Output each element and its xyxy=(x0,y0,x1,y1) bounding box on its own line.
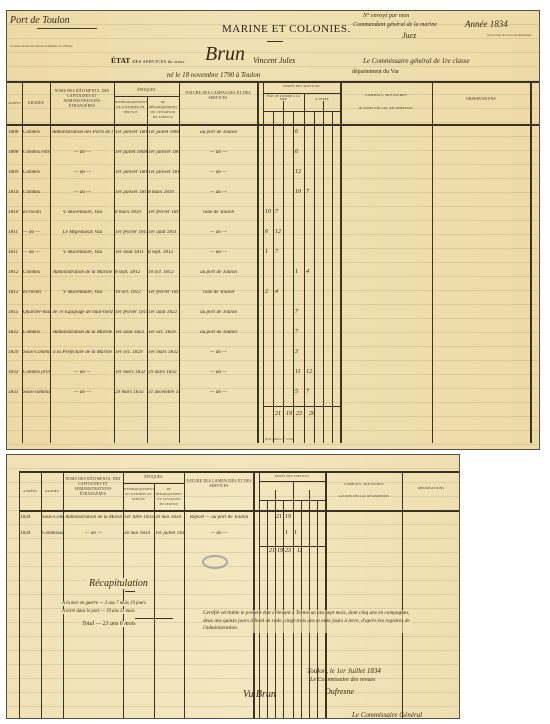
row-disembarkation-date: 1er juillet 1808 xyxy=(148,130,179,136)
header-noms-batiments: NOMS DES BÂTIMENTS, DES CAPITAINES ET AD… xyxy=(52,89,112,109)
row-disembarkation-date: 8 sept. 1812 xyxy=(148,250,179,256)
row-duration-value: 19 xyxy=(285,514,291,520)
col-line xyxy=(293,111,294,443)
right-note-1: N° envoyé par mon xyxy=(363,13,409,19)
table-top-border xyxy=(7,81,540,83)
row-year: 1810 xyxy=(8,210,22,216)
row-year: 1829 xyxy=(8,350,22,356)
title-underline xyxy=(267,41,283,42)
row-service: V. Bucentaure, Vau xyxy=(52,210,113,216)
row-embarkation-date: 1er janvier 1808 xyxy=(115,130,147,136)
row-duration-value: 2 xyxy=(265,289,268,295)
row-duration-value: 12 xyxy=(275,229,281,235)
row-disembarkation-date: 1er août 1822 xyxy=(148,310,179,316)
row-nature: rade de Toulon xyxy=(181,210,256,216)
header-nature: NATURE DES CAMPAGNES ET DES SERVICES xyxy=(186,479,252,489)
row-nature: au port de Toulon xyxy=(181,330,256,336)
row-nature: — do — xyxy=(181,370,256,376)
col-line xyxy=(275,490,276,719)
year-label: Année 1834 xyxy=(465,19,508,29)
row-embarkation-date: 8 mars 1810 xyxy=(115,210,147,216)
row-grade: Écrivain xyxy=(23,290,50,296)
right-small-note: Voir les états de service du département xyxy=(487,34,537,37)
certification-text: Certifié véritable le présent état s'éle… xyxy=(203,610,413,633)
col-line xyxy=(257,81,259,443)
row-year: 1811 xyxy=(8,230,22,236)
header-grades: GRADES xyxy=(22,101,50,106)
row-duration-value: 4 xyxy=(275,289,278,295)
row-year: 1822 xyxy=(8,330,22,336)
col-line xyxy=(63,471,64,719)
row-grade: Sous-commissaire xyxy=(23,390,50,396)
signatory-title: Le Commissaire des revues xyxy=(310,677,375,683)
row-duration-value: 5 xyxy=(295,389,298,395)
row-grade: Commis xyxy=(23,330,50,336)
epoques-rule xyxy=(123,483,184,484)
row-embarkation-date: 1er août 1822 xyxy=(115,330,147,336)
header-debarquement: DE DÉBARQUEMENT OU CESSATION DE SERVICE xyxy=(155,487,183,507)
left-small-note: Ces états doivent être adressés au Minis… xyxy=(10,45,78,48)
row-service: — do — xyxy=(52,150,113,156)
row-embarkation-date: 1er janvier 1809 xyxy=(115,170,147,176)
recap-underline xyxy=(125,591,135,592)
row-duration-value: 7 xyxy=(295,329,298,335)
etat-word: ÉTAT xyxy=(111,56,130,65)
col-line xyxy=(184,471,185,719)
row-duration-value: 10 xyxy=(265,209,271,215)
col-line xyxy=(259,471,260,719)
row-duration-value: 3 xyxy=(295,349,298,355)
total-value: 23 xyxy=(285,548,291,554)
row-nature: au port de Toulon xyxy=(181,310,256,316)
page-footer-note: (N.B.) Mettre N° à l'état xyxy=(265,437,294,441)
col-line xyxy=(459,471,460,719)
row-year: 1834 xyxy=(20,531,41,537)
row-duration-value: 7 xyxy=(295,309,298,315)
col-line xyxy=(293,481,294,719)
row-year: 1811 xyxy=(8,250,22,256)
row-disembarkation-date: 8 mars 1810 xyxy=(148,190,179,196)
col-line xyxy=(402,471,403,719)
row-grade: Commis xyxy=(23,270,50,276)
total-value: 21 xyxy=(269,548,275,554)
commissaire-line: Le Commissaire général de 1re classe xyxy=(363,57,470,65)
row-grade: Commis xyxy=(23,130,50,136)
row-service: — do — xyxy=(52,390,113,396)
row-nature: — do — xyxy=(185,531,253,537)
row-duration-value: 7 xyxy=(275,249,278,255)
row-disembarkation-date: 1er oct. 1829 xyxy=(148,330,179,336)
row-embarkation-date: 1er janvier 1810 xyxy=(115,190,147,196)
header-observations: OBSERVATIONS xyxy=(404,486,458,491)
row-service: — do — xyxy=(52,170,113,176)
document-title: MARINE ET COLONIES. xyxy=(222,23,351,35)
duree-rule xyxy=(263,93,340,94)
col-line xyxy=(304,93,305,443)
row-grade: Commis principal xyxy=(23,370,50,376)
row-disembarkation-date: 1er février 1811 xyxy=(148,210,179,216)
col-line xyxy=(323,101,324,443)
row-grade: Sous-Commissaire 2e Classe xyxy=(42,515,63,521)
total-value: 19 xyxy=(277,548,283,554)
signature: Dufresne xyxy=(325,687,354,696)
row-disembarkation-date: 31 décembre 1833 xyxy=(148,390,179,396)
recap-sum-rule xyxy=(135,618,173,619)
header-embarquement: D'EMBARQUEMENT OU D'ENTRÉE EN SERVICE xyxy=(115,100,146,115)
header-nature: NATURE DES CAMPAGNES ET DES SERVICES xyxy=(181,91,255,101)
port-underline xyxy=(37,28,97,29)
row-duration-value: 7 xyxy=(275,209,278,215)
row-nature: — do — xyxy=(181,230,256,236)
row-year: 1832 xyxy=(8,370,22,376)
row-duration-value: 12 xyxy=(306,369,312,375)
row-year: 1834 xyxy=(20,515,41,521)
col-line xyxy=(41,471,42,719)
row-embarkation-date: 1er février 1811 xyxy=(115,230,147,236)
row-embarkation-date: 1er février 1815 xyxy=(115,310,147,316)
row-disembarkation-date: 1er février 1815 xyxy=(148,290,179,296)
header-observations: OBSERVATIONS xyxy=(434,97,528,102)
row-disembarkation-date: 1er janvier 1810 xyxy=(148,170,179,176)
row-year: 1812 xyxy=(8,270,22,276)
right-note-signature: Juez xyxy=(402,31,416,40)
row-grade: Commis entretenu xyxy=(23,150,50,156)
table-top-border xyxy=(19,471,459,473)
row-year: 1809 xyxy=(8,170,22,176)
header-debarquement: DE DÉBARQUEMENT OU CESSATION DE SERVICE xyxy=(148,100,178,120)
row-duration-value: 1 xyxy=(295,269,298,275)
row-service: Administration de la Marine xyxy=(65,515,122,521)
header-epoques: ÉPOQUES xyxy=(123,475,184,480)
row-duration-value: 6 xyxy=(265,229,268,235)
header-etat-guerre: ÉTAT DE GUERRE À LA MER xyxy=(264,95,303,101)
duree-rule-2 xyxy=(259,500,325,501)
row-year: 1808 xyxy=(8,150,22,156)
etat-label: ÉTAT DES SERVICES du sieur xyxy=(111,56,185,65)
row-service: — do — xyxy=(52,190,113,196)
row-embarkation-date: 1er août 1811 xyxy=(115,250,147,256)
person-given-names: Vincent Jules xyxy=(253,56,295,65)
row-nature: — do — xyxy=(181,190,256,196)
row-service: V. Bucentaure, Vau xyxy=(52,250,113,256)
row-embarkation-date: 10 oct. 1812 xyxy=(115,290,147,296)
epoques-rule xyxy=(114,96,179,97)
row-nature: — do — xyxy=(181,390,256,396)
header-combats: COMBATS, BLESSURES xyxy=(327,482,401,487)
header-duree: DURÉE DES SERVICES xyxy=(259,474,325,479)
row-nature: rade de Toulon xyxy=(181,290,256,296)
person-name: Brun xyxy=(205,43,245,66)
row-grade: Commis xyxy=(23,190,50,196)
header-combats-sub: ACTIONS D'ÉCLAT, RÉCOMPENSES xyxy=(342,106,430,111)
row-service: Administration de la Marine xyxy=(52,270,113,276)
row-nature: — do — xyxy=(181,170,256,176)
row-service: V. Bucentaure, Vau xyxy=(52,290,113,296)
row-service: Administration des Ports de la Marine xyxy=(52,130,113,136)
row-nature: — do — xyxy=(181,250,256,256)
row-duration-value: 10 xyxy=(295,189,301,195)
row-duration-value: 11 xyxy=(295,369,301,375)
col-line xyxy=(332,111,333,443)
birth-line: né le 18 novembre 1790 à Toulon xyxy=(167,71,260,79)
row-nature: — do — xyxy=(181,350,256,356)
header-combats: COMBATS, BLESSURES xyxy=(342,93,430,98)
recap-title: Récapitulation xyxy=(87,578,150,589)
col-line xyxy=(253,471,255,719)
row-nature: Report — au port de Toulon xyxy=(185,515,253,521)
recap-total: Total — 23 ans 6 mois xyxy=(82,621,136,627)
row-duration-value: 6 xyxy=(295,149,298,155)
col-line xyxy=(273,111,274,443)
col-line xyxy=(340,81,342,443)
header-duree: DURÉE DES SERVICES xyxy=(263,84,340,89)
row-service: — do — xyxy=(65,531,122,537)
row-year: 1815 xyxy=(8,310,22,316)
col-line xyxy=(179,81,180,443)
col-line xyxy=(50,81,51,443)
row-year: 1833 xyxy=(8,390,22,396)
row-duration-value: 1 xyxy=(294,530,297,536)
row-year: 1810 xyxy=(8,190,22,196)
row-disembarkation-date: 10 oct. 1812 xyxy=(148,270,179,276)
row-disembarkation-date: 1er mars 1832 xyxy=(148,350,179,356)
duree-rule-2 xyxy=(263,111,340,112)
row-nature: — do — xyxy=(181,150,256,156)
duree-rule xyxy=(259,481,325,482)
document-page-1: Port de Toulon Ces états doivent être ad… xyxy=(6,10,540,450)
right-note-2: Commandant général de la marine xyxy=(353,22,437,28)
row-embarkation-date: 1er Xbre 1833 xyxy=(124,515,154,521)
etat-text: DES SERVICES du sieur xyxy=(132,59,184,64)
row-year: 1812 xyxy=(8,290,22,296)
ink-stamp xyxy=(202,555,228,569)
header-combats-sub: ACTIONS D'ÉCLAT, RÉCOMPENSES xyxy=(327,494,401,499)
row-disembarkation-date: 1er juillet 1834 xyxy=(155,531,184,537)
row-embarkation-date: 1er juillet 1808 xyxy=(115,150,147,156)
row-grade: — do — xyxy=(23,230,50,236)
recap-line: À la mer en guerre — 3 ans 7 mois 19 jou… xyxy=(62,601,146,606)
row-grade: Quartier-maître xyxy=(23,310,50,316)
total-value: 26 xyxy=(309,411,315,417)
document-page-2: ANNÉES GRADES NOMS DES BÂTIMENTS, DES CA… xyxy=(6,454,460,719)
row-duration-value: 6 xyxy=(295,129,298,135)
row-embarkation-date: 1er mars 1832 xyxy=(115,370,147,376)
header-embarquement: D'EMBARQUEMENT OU D'ENTRÉE EN SERVICE xyxy=(124,487,153,502)
place-date: Toulon, le 1er Juillet 1834 xyxy=(307,667,381,675)
total-value: 21 xyxy=(275,411,281,417)
header-grades: GRADES xyxy=(41,489,63,494)
departement-line: département du Var xyxy=(352,69,399,75)
header-noms-batiments: NOMS DES BÂTIMENTS, DES CAPITAINES ET AD… xyxy=(65,477,121,497)
recap-line: À terre dans le port — 19 ans 11 mois xyxy=(62,609,135,614)
port-label: Port de Toulon xyxy=(10,15,70,26)
row-grade: — do — xyxy=(23,250,50,256)
col-line xyxy=(123,471,124,719)
row-embarkation-date: 29 mars 1833 xyxy=(115,390,147,396)
row-service: de 7e Équipage de haut-bord xyxy=(52,310,113,316)
row-grade: Sous-Commis xyxy=(23,350,50,356)
row-service: — do — xyxy=(52,370,113,376)
total-value: 23 xyxy=(296,411,302,417)
row-grade: Commis xyxy=(23,170,50,176)
header-bottom-border xyxy=(19,510,459,512)
row-grade: Commissaire xyxy=(42,531,63,537)
row-service: Administration de la Marine xyxy=(52,330,113,336)
row-year: 1808 xyxy=(8,130,22,136)
row-duration-value: 1 xyxy=(265,249,268,255)
row-service: à la Préfecture de la Marine xyxy=(52,350,113,356)
col-line xyxy=(530,81,532,443)
signature-left: Vu Brun xyxy=(243,689,276,700)
col-line xyxy=(19,471,20,719)
row-grade: Écrivain xyxy=(23,210,50,216)
row-embarkation-date: 30 mai 1834 xyxy=(124,531,154,537)
row-nature: au port de Toulon xyxy=(181,130,256,136)
row-embarkation-date: 8 sept. 1812 xyxy=(115,270,147,276)
col-line xyxy=(263,81,264,443)
row-disembarkation-date: 30 mai 1834 xyxy=(155,515,184,521)
total-value: 19 xyxy=(286,411,292,417)
row-duration-value: 4 xyxy=(306,269,309,275)
header-a-terre: À TERRE xyxy=(305,97,339,102)
row-duration-value: 7 xyxy=(306,189,309,195)
col-line xyxy=(283,101,284,443)
row-duration-value: 7 xyxy=(306,389,309,395)
col-line xyxy=(432,81,433,443)
row-duration-value: 1 xyxy=(285,530,288,536)
totals-rule xyxy=(259,546,325,547)
col-line xyxy=(309,490,310,719)
total-value: 11 xyxy=(297,548,303,554)
header-annees: ANNÉES xyxy=(19,489,41,494)
row-service: Le Majestueux Vau xyxy=(52,230,113,236)
row-duration-value: 12 xyxy=(295,169,301,175)
col-line xyxy=(314,111,315,443)
row-disembarkation-date: 1er août 1811 xyxy=(148,230,179,236)
header-epoques: ÉPOQUES xyxy=(114,88,179,93)
row-nature: au port de Toulon xyxy=(181,270,256,276)
bottom-signature: Le Commissaire Général xyxy=(352,711,422,719)
row-duration-value: 21 xyxy=(276,514,282,520)
totals-rule xyxy=(263,406,340,407)
header-annees: ANNÉES xyxy=(7,101,22,106)
row-disembarkation-date: 29 mars 1833 xyxy=(148,370,179,376)
row-embarkation-date: 1er oct. 1829 xyxy=(115,350,147,356)
row-disembarkation-date: 1er janvier 1809 xyxy=(148,150,179,156)
